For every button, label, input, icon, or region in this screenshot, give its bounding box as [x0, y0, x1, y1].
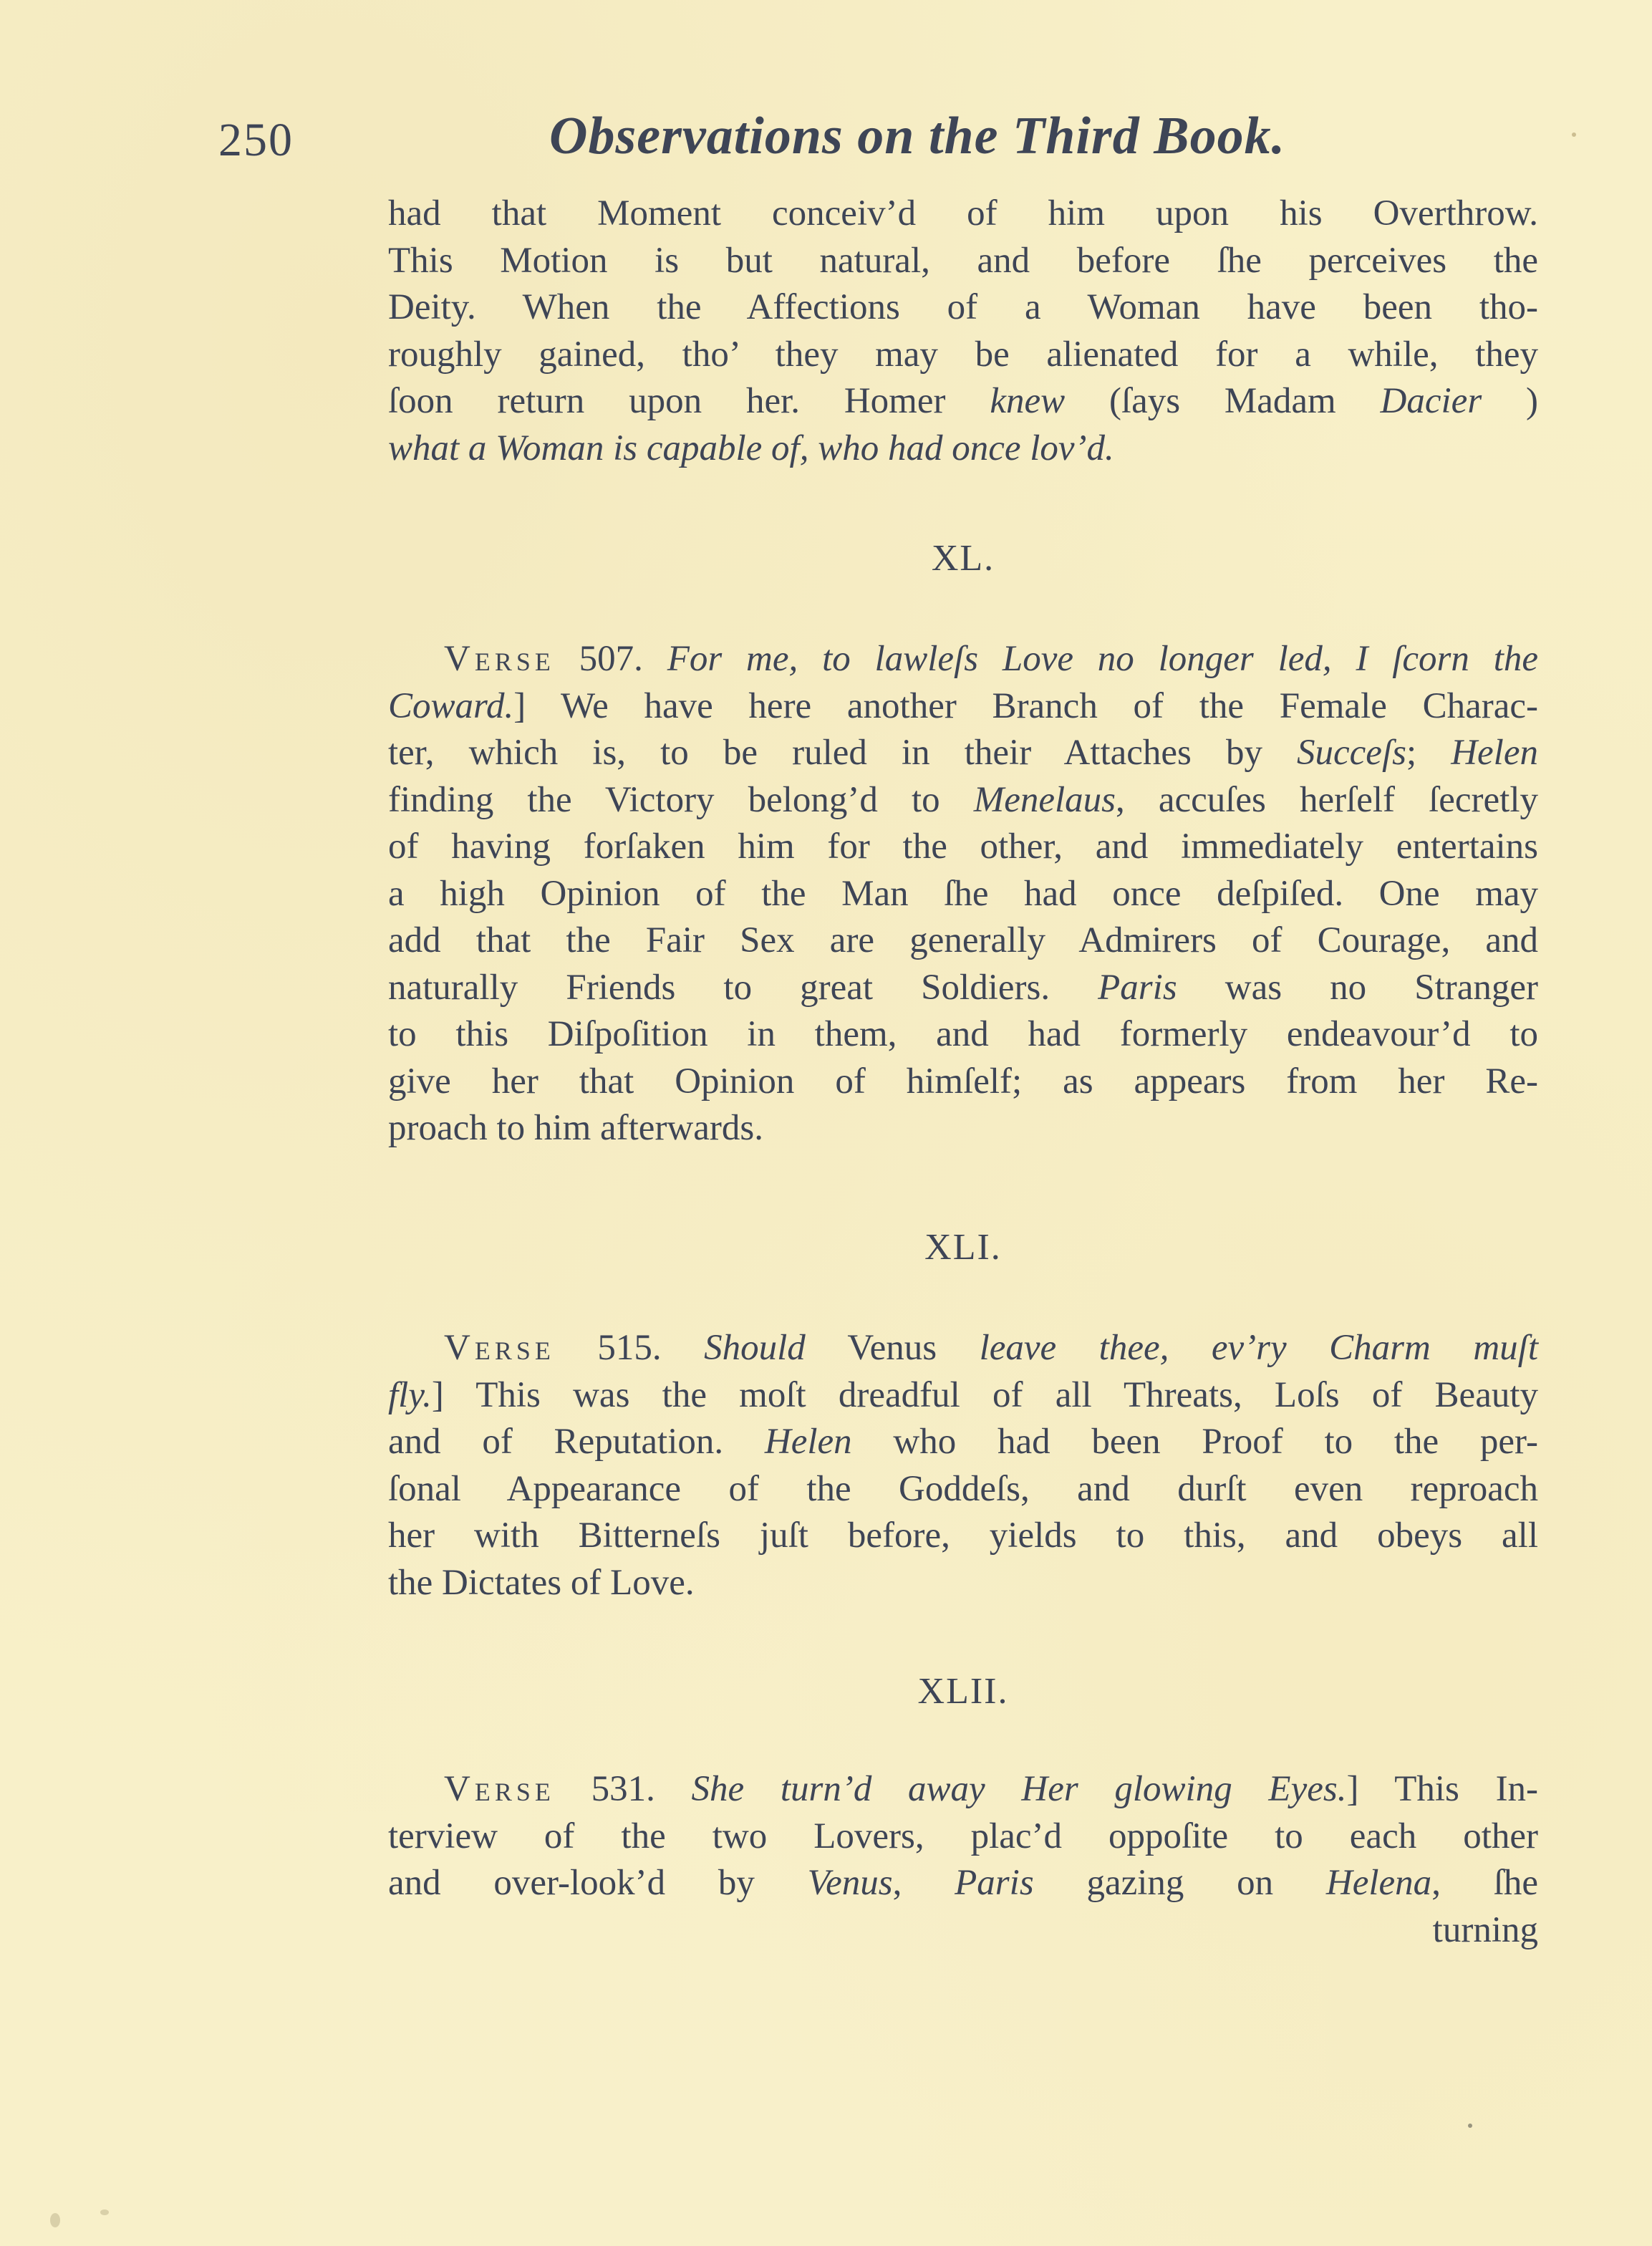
verse-quote: fly. — [388, 1375, 432, 1415]
running-head: 250 Observations on the Third Book. — [218, 106, 1393, 185]
verse-quote: Coward. — [388, 686, 513, 726]
section-xl-body: Verse 507. For me, to lawleſs Love no lo… — [388, 636, 1538, 1152]
text-span: gazing on — [1034, 1863, 1326, 1903]
text-line: Verse 507. For me, to lawleſs Love no lo… — [388, 636, 1538, 683]
text-line: ſonal Appearance of the Goddeſs, and dur… — [388, 1466, 1538, 1513]
text-line: the Dictates of Love. — [388, 1560, 1538, 1607]
text-span: finding the Victory belong’d to — [388, 780, 974, 820]
text-span: , — [893, 1863, 955, 1903]
verse-quote: For me, to lawleſs Love no longer led, I… — [667, 639, 1538, 679]
text-line: add that the Fair Sex are generally Admi… — [388, 917, 1538, 965]
verse-quote: Should — [704, 1328, 806, 1368]
text-span: ) — [1482, 381, 1538, 421]
text-span: , accuſes herſelf ſecretly — [1116, 780, 1538, 820]
text-span: who had been Proof to the per- — [852, 1422, 1538, 1462]
text-span: and over-look’d by — [388, 1863, 808, 1903]
running-title: Observations on the Third Book. — [549, 106, 1285, 167]
text-span: ter, which is, to be ruled in their Atta… — [388, 733, 1297, 773]
text-span: (ſays Madam — [1065, 381, 1380, 421]
text-line: Verse 531. She turn’d away Her glowing E… — [388, 1766, 1538, 1813]
text-line: a high Opinion of the Man ſhe had once d… — [388, 871, 1538, 918]
text-span: ] This was the moſt dreadful of all Thre… — [432, 1375, 1538, 1415]
opening-paragraph: had that Moment conceiv’d of him upon hi… — [388, 191, 1538, 472]
text-span: ; — [1406, 733, 1451, 773]
italic-span: knew — [990, 381, 1065, 421]
text-line: roughly gained, tho’ they may be alienat… — [388, 332, 1538, 379]
text-span: ] This In- — [1346, 1769, 1538, 1809]
verse-quote: leave thee, ev’ry Charm muſt — [980, 1328, 1538, 1368]
text-span: , ſhe — [1431, 1863, 1538, 1903]
text-line: terview of the two Lovers, plac’d oppoſi… — [388, 1813, 1538, 1861]
verse-label: Verse — [444, 1769, 555, 1809]
text-line: Verse 515. Should Venus leave thee, ev’r… — [388, 1325, 1538, 1372]
verse-label: Verse — [444, 1328, 555, 1368]
paper-stain — [1572, 132, 1576, 137]
paper-stain — [100, 2209, 109, 2215]
text-line: Coward.] We have here another Branch of … — [388, 683, 1538, 731]
section-heading-xl: XL. — [388, 537, 1538, 579]
text-line: her with Bitterneſs juſt before, yields … — [388, 1513, 1538, 1560]
italic-span: what a Woman is capable of, who had once… — [388, 428, 1114, 468]
verse-label: Verse — [444, 639, 555, 679]
text-line: to this Diſpoſition in them, and had for… — [388, 1011, 1538, 1059]
verse-number: 531. — [591, 1769, 655, 1809]
section-heading-xlii: XLII. — [388, 1670, 1538, 1712]
italic-span: Dacier — [1381, 381, 1482, 421]
section-heading-xli: XLI. — [388, 1226, 1538, 1268]
text-line: naturally Friends to great Soldiers. Par… — [388, 965, 1538, 1012]
page-number: 250 — [218, 113, 294, 168]
text-line: of having forſaken him for the other, an… — [388, 824, 1538, 871]
text-line: proach to him afterwards. — [388, 1105, 1538, 1152]
text-line: finding the Victory belong’d to Menelaus… — [388, 777, 1538, 824]
italic-span: Helena — [1326, 1863, 1431, 1903]
text-line: had that Moment conceiv’d of him upon hi… — [388, 191, 1538, 238]
italic-span: Helen — [765, 1422, 852, 1462]
text-span: naturally Friends to great Soldiers. — [388, 968, 1098, 1008]
italic-span: Paris — [955, 1863, 1034, 1903]
verse-number: 515. — [597, 1328, 661, 1368]
section-xlii-body: Verse 531. She turn’d away Her glowing E… — [388, 1766, 1538, 1954]
catchword: turning — [388, 1907, 1538, 1955]
text-line: ter, which is, to be ruled in their Atta… — [388, 730, 1538, 777]
text-span: and of Reputation. — [388, 1422, 765, 1462]
verse-quote: She turn’d away Her glowing Eyes. — [692, 1769, 1347, 1809]
text-line: This Motion is but natural, and before ſ… — [388, 238, 1538, 285]
text-line: and of Reputation. Helen who had been Pr… — [388, 1419, 1538, 1466]
text-span: was no Stranger — [1177, 968, 1538, 1008]
italic-span: Paris — [1098, 968, 1177, 1008]
text-line: give her that Opinion of himſelf; as app… — [388, 1059, 1538, 1106]
text-line: and over-look’d by Venus, Paris gazing o… — [388, 1860, 1538, 1907]
text-line: what a Woman is capable of, who had once… — [388, 425, 1538, 473]
verse-number: 507. — [579, 639, 643, 679]
text-span: ſoon return upon her. Homer — [388, 381, 990, 421]
italic-span: Venus — [808, 1863, 893, 1903]
paper-stain — [50, 2213, 60, 2227]
section-xli-body: Verse 515. Should Venus leave thee, ev’r… — [388, 1325, 1538, 1606]
text-line: Deity. When the Affections of a Woman ha… — [388, 284, 1538, 332]
text-line: fly.] This was the moſt dreadful of all … — [388, 1372, 1538, 1420]
italic-span: Succeſs — [1297, 733, 1406, 773]
text-line: ſoon return upon her. Homer knew (ſays M… — [388, 378, 1538, 425]
paper-stain — [1468, 2124, 1472, 2128]
text-span: ] We have here another Branch of the Fem… — [513, 686, 1538, 726]
italic-span: Helen — [1451, 733, 1538, 773]
italic-span: Menelaus — [974, 780, 1116, 820]
text-span: Venus — [806, 1328, 980, 1368]
